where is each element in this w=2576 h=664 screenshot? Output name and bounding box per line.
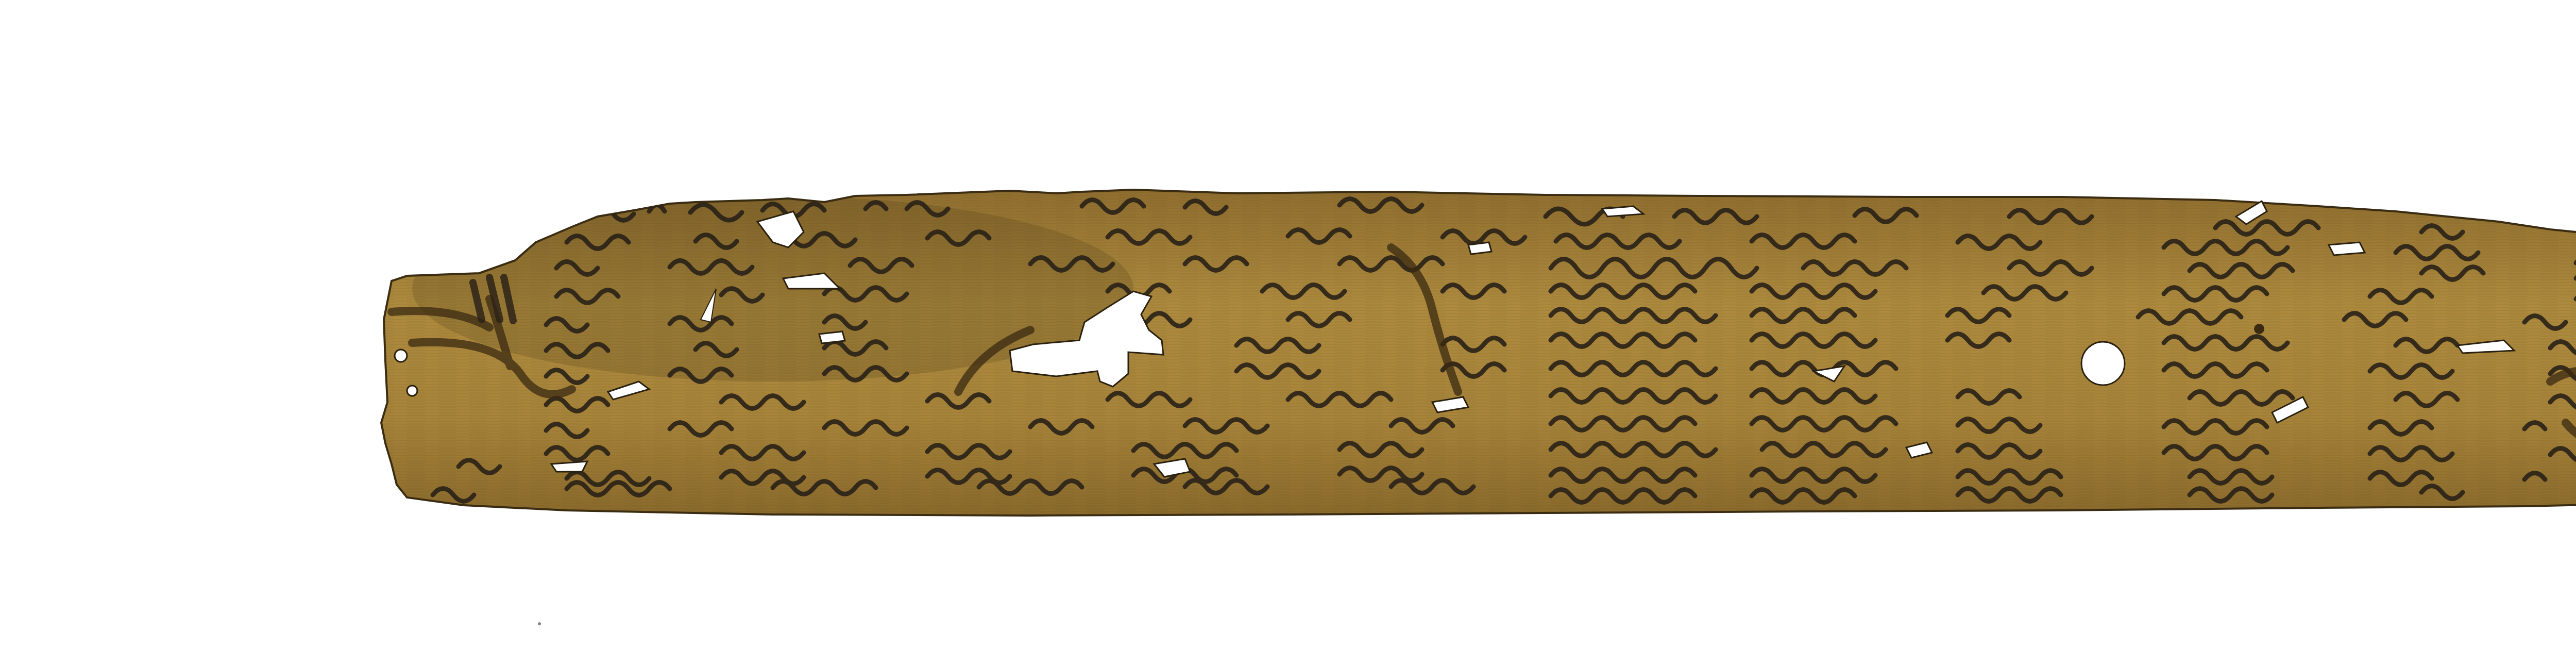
palm-leaf (361, 180, 2576, 541)
manuscript-scan (0, 0, 2576, 664)
string-hole (2081, 342, 2125, 385)
